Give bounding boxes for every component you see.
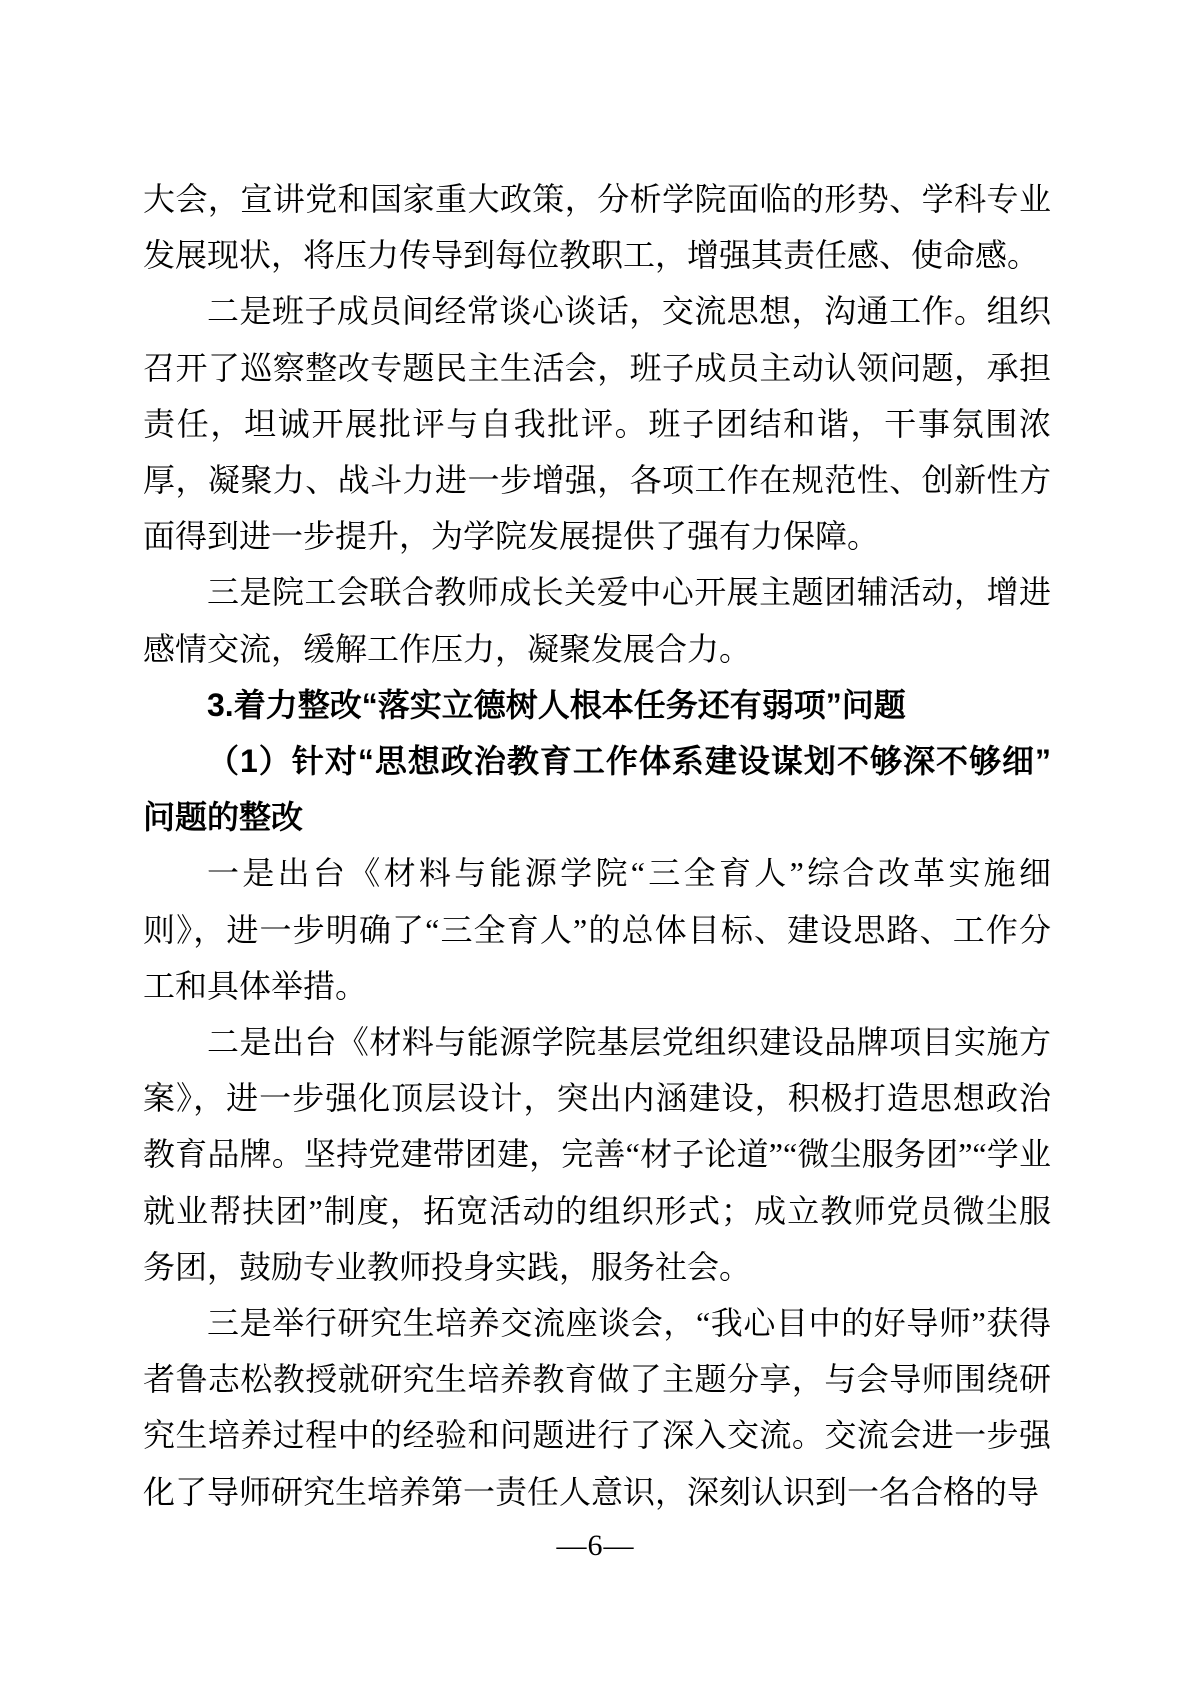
section-heading: 3.着力整改“落实立德树人根本任务还有弱项”问题	[143, 677, 1051, 733]
document-page: 大会，宣讲党和国家重大政策，分析学院面临的形势、学科专业发展现状，将压力传导到每…	[0, 0, 1191, 1684]
body-paragraph: 三是院工会联合教师成长关爱中心开展主题团辅活动，增进感情交流，缓解工作压力，凝聚…	[143, 564, 1051, 676]
body-paragraph: 一是出台《材料与能源学院“三全育人”综合改革实施细则》，进一步明确了“三全育人”…	[143, 845, 1051, 1014]
body-paragraph: 大会，宣讲党和国家重大政策，分析学院面临的形势、学科专业发展现状，将压力传导到每…	[143, 171, 1051, 283]
page-number: —6—	[0, 1528, 1191, 1564]
body-paragraph: 二是班子成员间经常谈心谈话，交流思想，沟通工作。组织召开了巡察整改专题民主生活会…	[143, 283, 1051, 564]
body-paragraph: 二是出台《材料与能源学院基层党组织建设品牌项目实施方案》，进一步强化顶层设计，突…	[143, 1014, 1051, 1295]
section-heading: （1）针对“思想政治教育工作体系建设谋划不够深不够细”问题的整改	[143, 733, 1051, 845]
body-paragraph: 三是举行研究生培养交流座谈会，“我心目中的好导师”获得者鲁志松教授就研究生培养教…	[143, 1295, 1051, 1520]
document-body: 大会，宣讲党和国家重大政策，分析学院面临的形势、学科专业发展现状，将压力传导到每…	[143, 171, 1051, 1520]
